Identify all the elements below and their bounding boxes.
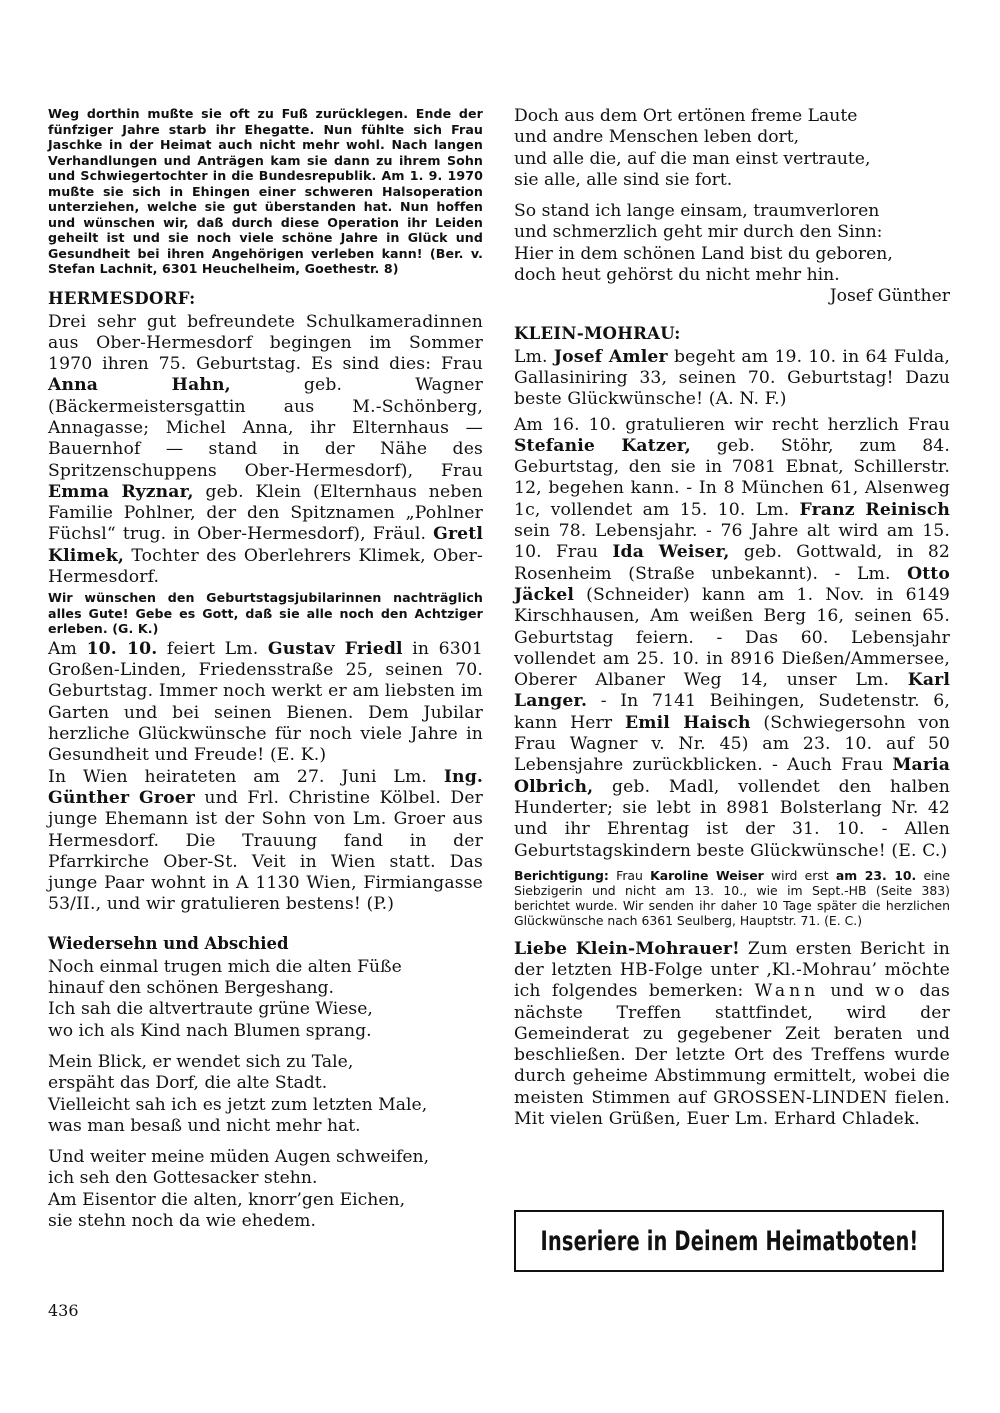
person-name: Emil Haisch xyxy=(625,713,751,733)
poem-stanza: Mein Blick, er wendet sich zu Tale, ersp… xyxy=(48,1052,483,1137)
hermesdorf-wishes-note: Wir wünschen den Geburtstagsjubilarinnen… xyxy=(48,590,483,637)
person-name: Ida Weiser, xyxy=(612,542,729,562)
friedl-birthday-paragraph: Am 10. 10. feiert Lm. Gustav Friedl in 6… xyxy=(48,639,483,767)
poem-stanza: Noch einmal trugen mich die alten Füße h… xyxy=(48,957,483,1042)
poem-stanza: Und weiter meine müden Augen schweifen, … xyxy=(48,1147,483,1232)
text: wird erst xyxy=(764,868,836,883)
text: Drei sehr gut befreundete Schulkameradin… xyxy=(48,312,483,375)
date: 10. 10. xyxy=(87,639,158,659)
meeting-letter-paragraph: Liebe Klein-Mohrauer! Zum ersten Bericht… xyxy=(514,939,950,1131)
person-name: Gustav Friedl xyxy=(268,639,403,659)
poem-author: Josef Günther xyxy=(514,286,950,307)
text: und xyxy=(819,981,875,1001)
person-name: Emma Ryznar, xyxy=(48,482,194,502)
section-heading-klein-mohrau: KLEIN-MOHRAU: xyxy=(514,324,950,343)
amler-birthday-paragraph: Lm. Josef Amler begeht am 19. 10. in 64 … xyxy=(514,347,950,411)
person-name: Stefanie Katzer, xyxy=(514,436,691,456)
intro-paragraph: Weg dorthin mußte sie oft zu Fuß zurückl… xyxy=(48,106,483,277)
birthdays-list-paragraph: Am 16. 10. gratulieren wir recht herzlic… xyxy=(514,415,950,862)
poem-title: Wiedersehn und Abschied xyxy=(48,934,483,953)
right-column: Doch aus dem Ort ertönen freme Laute und… xyxy=(514,106,950,1130)
text: Lm. xyxy=(514,347,554,367)
text: Frau xyxy=(609,868,650,883)
section-heading-hermesdorf: HERMESDORF: xyxy=(48,289,483,308)
groer-wedding-paragraph: In Wien heirateten am 27. Juni Lm. Ing. … xyxy=(48,767,483,916)
emphasis-word: Wann xyxy=(755,981,820,1001)
text: das nächste Treffen stattfindet, wird de… xyxy=(514,981,950,1129)
hermesdorf-classmates-paragraph: Drei sehr gut befreundete Schulkameradin… xyxy=(48,312,483,589)
text: In Wien heirateten am 27. Juni Lm. xyxy=(48,767,444,787)
text: Am 16. 10. gratulieren wir recht herzlic… xyxy=(514,415,950,435)
person-name: Franz Reinisch xyxy=(800,500,950,520)
text: Am xyxy=(48,639,87,659)
person-name: Josef Amler xyxy=(554,347,668,367)
poem-stanza: Doch aus dem Ort ertönen freme Laute und… xyxy=(514,106,950,191)
text: (Schneider) kann am 1. Nov. in 6149 Kirs… xyxy=(514,585,950,690)
salutation: Liebe Klein-Mohrauer! xyxy=(514,939,740,959)
page-number: 436 xyxy=(48,1301,79,1320)
person-name: Anna Hahn, xyxy=(48,375,231,395)
date: am 23. 10. xyxy=(836,868,916,883)
poem-stanza: So stand ich lange einsam, traumverloren… xyxy=(514,201,950,286)
correction-notice: Berichtigung: Frau Karoline Weiser wird … xyxy=(514,868,950,929)
person-name: Karoline Weiser xyxy=(650,868,764,883)
correction-label: Berichtigung: xyxy=(514,868,609,883)
text: feiert Lm. xyxy=(157,639,268,659)
left-column: Weg dorthin mußte sie oft zu Fuß zurückl… xyxy=(48,106,483,1242)
emphasis-word: wo xyxy=(875,981,908,1001)
advertisement-box: Inseriere in Deinem Heimatboten! xyxy=(514,1210,944,1272)
advertisement-text: Inseriere in Deinem Heimatboten! xyxy=(540,1226,918,1257)
